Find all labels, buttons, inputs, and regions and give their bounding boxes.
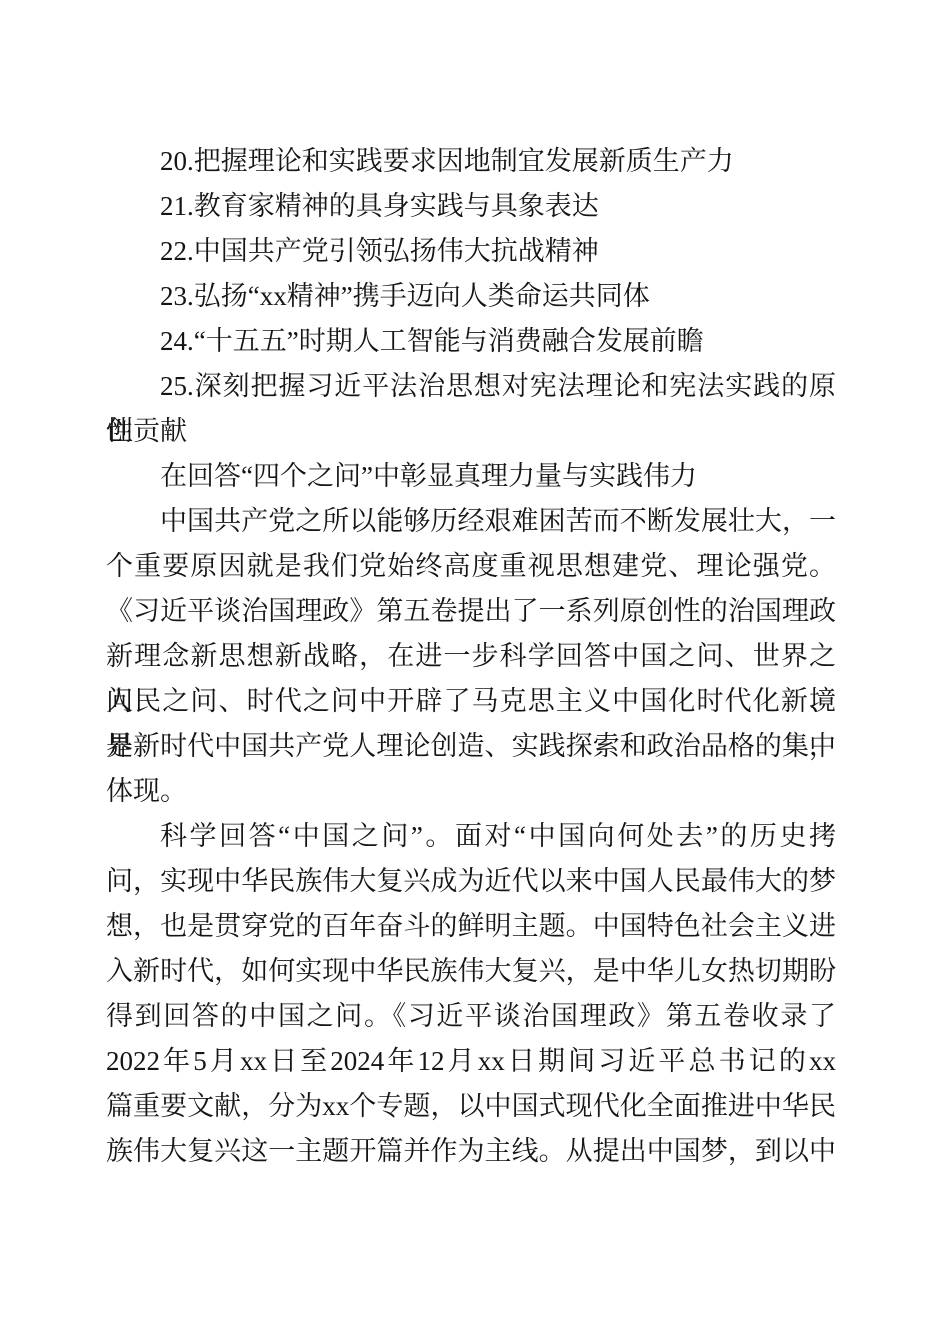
paragraph: 科学回答“中国之问”。面对“中国向何处去”的历史拷问，实现中华民族伟大复兴成为近… xyxy=(106,814,836,1174)
text-line: 问，实现中华民族伟大复兴成为近代以来中国人民最伟大的梦 xyxy=(106,859,836,904)
text-line: 体现。 xyxy=(106,769,836,814)
text-line: 科学回答“中国之问”。面对“中国向何处去”的历史拷 xyxy=(106,814,836,859)
text-line: 性贡献 xyxy=(106,409,836,454)
text-line: 20.把握理论和实践要求因地制宜发展新质生产力 xyxy=(106,139,836,184)
text-line: 23.弘扬“xx精神”携手迈向人类命运共同体 xyxy=(106,274,836,319)
text-line: 2022年5月xx日至2024年12月xx日期间习近平总书记的xx xyxy=(106,1039,836,1084)
text-line: 想，也是贯穿党的百年奋斗的鲜明主题。中国特色社会主义进 xyxy=(106,904,836,949)
text-line: 族伟大复兴这一主题开篇并作为主线。从提出中国梦，到以中 xyxy=(106,1129,836,1174)
text-line: 《习近平谈治国理政》第五卷提出了一系列原创性的治国理政 xyxy=(106,589,836,634)
paragraph: 在回答“四个之问”中彰显真理力量与实践伟力 xyxy=(106,454,836,499)
text-line: 篇重要文献，分为xx个专题，以中国式现代化全面推进中华民 xyxy=(106,1084,836,1129)
paragraph: 22.中国共产党引领弘扬伟大抗战精神 xyxy=(106,229,836,274)
text-line: 得到回答的中国之问。《习近平谈治国理政》第五卷收录了 xyxy=(106,994,836,1039)
text-line: 人民之问、时代之问中开辟了马克思主义中国化时代化新境界， xyxy=(106,679,836,724)
paragraph: 25.深刻把握习近平法治思想对宪法理论和宪法实践的原创性贡献 xyxy=(106,364,836,454)
text-line: 25.深刻把握习近平法治思想对宪法理论和宪法实践的原创 xyxy=(106,364,836,409)
text-line: 21.教育家精神的具身实践与具象表达 xyxy=(106,184,836,229)
document-page: 20.把握理论和实践要求因地制宜发展新质生产力21.教育家精神的具身实践与具象表… xyxy=(0,0,950,1344)
text-line: 在回答“四个之问”中彰显真理力量与实践伟力 xyxy=(106,454,836,499)
paragraph: 24.“十五五”时期人工智能与消费融合发展前瞻 xyxy=(106,319,836,364)
text-line: 24.“十五五”时期人工智能与消费融合发展前瞻 xyxy=(106,319,836,364)
paragraph: 中国共产党之所以能够历经艰难困苦而不断发展壮大，一个重要原因就是我们党始终高度重… xyxy=(106,499,836,814)
text-line: 22.中国共产党引领弘扬伟大抗战精神 xyxy=(106,229,836,274)
text-line: 新理念新思想新战略，在进一步科学回答中国之问、世界之问、 xyxy=(106,634,836,679)
text-line: 个重要原因就是我们党始终高度重视思想建党、理论强党。 xyxy=(106,544,836,589)
text-line: 是新时代中国共产党人理论创造、实践探索和政治品格的集中 xyxy=(106,724,836,769)
text-line: 入新时代，如何实现中华民族伟大复兴，是中华儿女热切期盼 xyxy=(106,949,836,994)
text-line: 中国共产党之所以能够历经艰难困苦而不断发展壮大，一 xyxy=(106,499,836,544)
paragraph: 20.把握理论和实践要求因地制宜发展新质生产力 xyxy=(106,139,836,184)
paragraph: 23.弘扬“xx精神”携手迈向人类命运共同体 xyxy=(106,274,836,319)
document-body: 20.把握理论和实践要求因地制宜发展新质生产力21.教育家精神的具身实践与具象表… xyxy=(0,0,950,1174)
paragraph: 21.教育家精神的具身实践与具象表达 xyxy=(106,184,836,229)
